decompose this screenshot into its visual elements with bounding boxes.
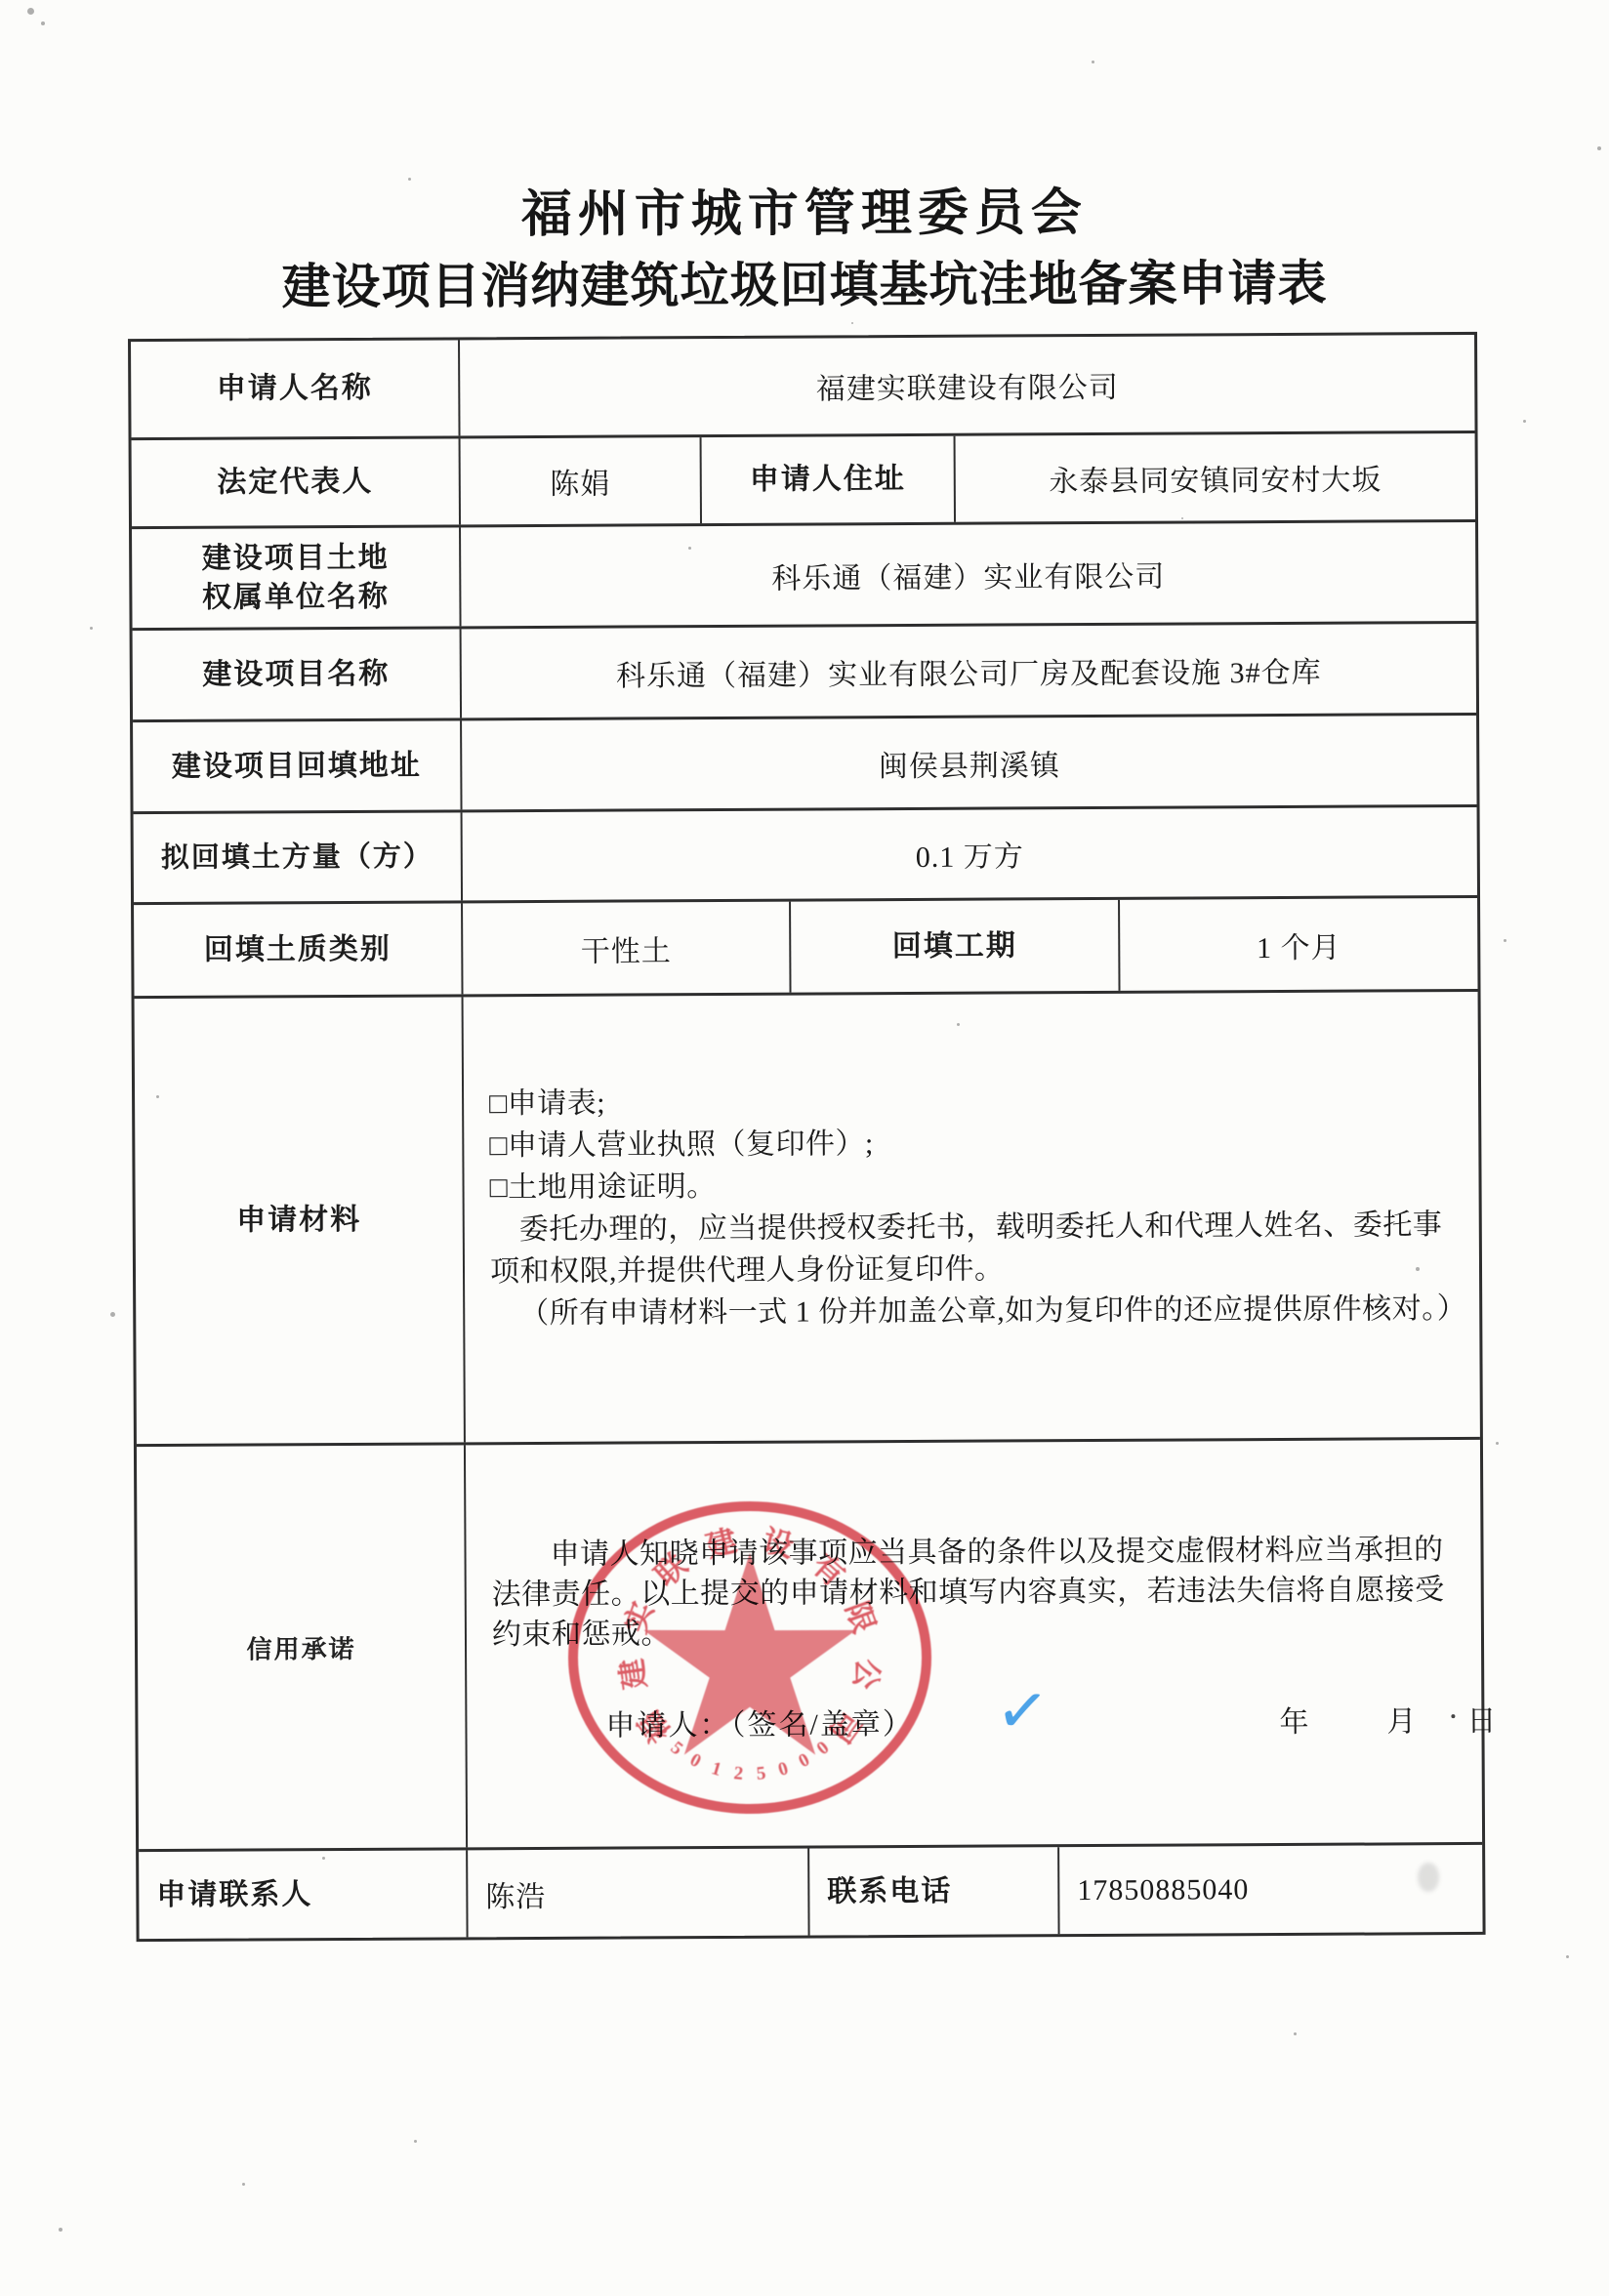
date-day-label: 日 — [1466, 1697, 1496, 1740]
application-form-table: 申请人名称 福建实联建设有限公司 法定代表人 陈娟 申请人住址 永泰县同安镇同安… — [128, 332, 1486, 1942]
scan-speckle — [110, 1312, 115, 1317]
phone-value: 17850885040 — [1077, 1873, 1249, 1907]
credit-pledge-content: 申请人知晓申请该事项应当具备的条件以及提交虚假材料应当承担的法律责任。以上提交的… — [466, 1440, 1482, 1764]
row-soil-type: 回填土质类别 干性土 回填工期 1 个月 — [134, 895, 1477, 996]
row-contact: 申请联系人 陈浩 联系电话 17850885040 — [139, 1842, 1482, 1939]
soil-type-label: 回填土质类别 — [204, 929, 392, 969]
row-land-owner: 建设项目土地 权属单位名称 科乐通（福建）实业有限公司 — [132, 519, 1476, 628]
project-name-value: 科乐通（福建）实业有限公司厂房及配套设施 3#仓库 — [616, 647, 1322, 694]
row-materials: 申请材料 □申请表; □申请人营业执照（复印件）; □土地用途证明。 委托办理的… — [135, 989, 1480, 1444]
form-title: 福州市城市管理委员会 建设项目消纳建筑垃圾回填基坑洼地备案申请表 — [0, 183, 1609, 317]
soil-volume-label: 拟回填土方量（方） — [161, 838, 433, 878]
scan-speckle — [957, 1023, 960, 1026]
blue-checkmark-icon: ✓ — [993, 1673, 1052, 1750]
row-project-name: 建设项目名称 科乐通（福建）实业有限公司厂房及配套设施 3#仓库 — [133, 621, 1476, 719]
scan-speckle — [41, 21, 45, 25]
scan-smudge — [1418, 1863, 1439, 1892]
scanned-form-page: 福州市城市管理委员会 建设项目消纳建筑垃圾回填基坑洼地备案申请表 申请人名称 福… — [0, 0, 1609, 2296]
applicant-name-value: 福建实联建设有限公司 — [816, 363, 1119, 408]
project-name-label: 建设项目名称 — [202, 654, 390, 694]
materials-para-delegate: 委托办理的，应当提供授权委托书，载明委托人和代理人姓名、委托事项和权限,并提供代… — [490, 1204, 1458, 1292]
scan-speckle — [1092, 61, 1094, 63]
backfill-address-value: 闽侯县荆溪镇 — [879, 741, 1060, 785]
scan-speckle — [408, 178, 411, 181]
materials-content: □申请表; □申请人营业执照（复印件）; □土地用途证明。 委托办理的，应当提供… — [464, 992, 1480, 1354]
scan-speckle — [1566, 1955, 1569, 1958]
phone-label: 联系电话 — [827, 1871, 952, 1911]
scan-speckle — [242, 2183, 245, 2186]
scan-speckle — [851, 322, 853, 324]
scan-speckle — [1181, 517, 1183, 519]
scan-speckle — [90, 627, 93, 630]
applicant-address-value: 永泰县同安镇同安村大坂 — [1049, 455, 1382, 500]
row-applicant-name: 申请人名称 福建实联建设有限公司 — [131, 335, 1474, 437]
scan-speckle — [322, 1857, 325, 1860]
row-credit-pledge: 信用承诺 申请人知晓申请该事项应当具备的条件以及提交虚假材料应当承担的法律责任。… — [137, 1437, 1482, 1849]
soil-type-value: 干性土 — [581, 926, 672, 969]
contact-label: 申请联系人 — [156, 1875, 312, 1915]
form-title-line2: 建设项目消纳建筑垃圾回填基坑洼地备案申请表 — [0, 253, 1609, 317]
land-owner-label: 建设项目土地 权属单位名称 — [202, 538, 390, 617]
scan-speckle — [1416, 1267, 1420, 1271]
date-year-label: 年 — [1279, 1698, 1308, 1741]
scan-speckle — [1504, 939, 1506, 942]
land-owner-value: 科乐通（福建）实业有限公司 — [771, 552, 1165, 596]
applicant-name-label: 申请人名称 — [217, 369, 373, 409]
legal-rep-value: 陈娟 — [550, 460, 610, 503]
form-title-line1: 福州市城市管理委员会 — [0, 183, 1609, 247]
materials-label: 申请材料 — [236, 1201, 361, 1241]
date-month-label: 月 — [1386, 1697, 1416, 1740]
backfill-period-label: 回填工期 — [892, 926, 1017, 966]
materials-item-landuse: □土地用途证明。 — [489, 1162, 1457, 1209]
scan-speckle — [59, 2228, 62, 2232]
backfill-address-label: 建设项目回填地址 — [172, 746, 422, 786]
scan-speckle — [688, 547, 691, 550]
credit-pledge-paragraph: 申请人知晓申请该事项应当具备的条件以及提交虚假材料应当承担的法律责任。以上提交的… — [491, 1530, 1456, 1655]
row-soil-volume: 拟回填土方量（方） 0.1 万方 — [134, 804, 1477, 902]
scan-speckle — [1294, 2032, 1297, 2035]
soil-volume-value: 0.1 万方 — [916, 832, 1024, 876]
row-legal-rep: 法定代表人 陈娟 申请人住址 永泰县同安镇同安村大坂 — [132, 430, 1475, 526]
scan-dot-artifact — [1451, 1714, 1455, 1718]
row-backfill-address: 建设项目回填地址 闽侯县荆溪镇 — [133, 713, 1476, 811]
scan-speckle — [1523, 420, 1526, 423]
backfill-period-value: 1 个月 — [1257, 922, 1341, 965]
scan-speckle — [414, 2140, 417, 2143]
contact-value: 陈浩 — [485, 1871, 546, 1914]
credit-pledge-label: 信用承诺 — [246, 1628, 355, 1665]
materials-item-application: □申请表; — [489, 1078, 1457, 1125]
scan-speckle — [156, 1095, 159, 1098]
scan-speckle — [1597, 146, 1601, 150]
signature-line: 申请人：（签名/盖章） ✓ 年 月 日 — [492, 1691, 1456, 1764]
materials-item-license: □申请人营业执照（复印件）; — [489, 1120, 1457, 1167]
scan-speckle — [27, 8, 34, 15]
applicant-address-label: 申请人住址 — [750, 460, 906, 500]
legal-rep-label: 法定代表人 — [217, 463, 373, 503]
materials-para-copies: （所有申请材料一式 1 份并加盖公章,如为复印件的还应提供原件核对。） — [490, 1288, 1458, 1334]
signature-label: 申请人：（签名/盖章） — [605, 1700, 914, 1744]
scan-speckle — [1496, 1442, 1499, 1445]
